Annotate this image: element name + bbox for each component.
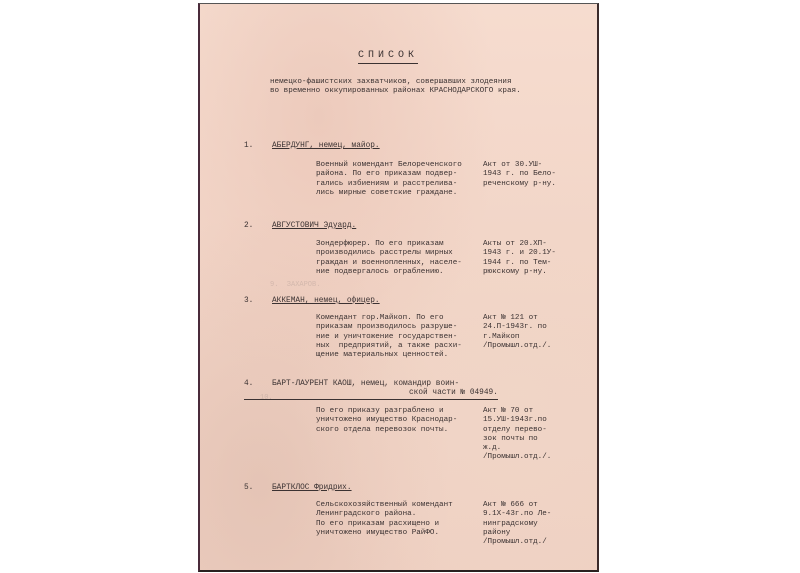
entry-act-reference: Акт № 70 от 15.УШ-1943г.по отделу перево… <box>483 407 551 463</box>
entry-heading: 1.АБЕРДУНГ, немец, майор. <box>244 142 380 151</box>
entry-number: 1. <box>244 142 272 151</box>
entry-name-block: 4.БАРТ-ЛАУРЕНТ КАОШ, немец, командир вои… <box>244 380 498 400</box>
entry-name: АККЕМАН, немец, офицер. <box>272 297 380 305</box>
document-title: СПИСОК <box>358 50 418 64</box>
entry-heading: 4.БАРТ-ЛАУРЕНТ КАОШ, немец, командир вои… <box>244 380 498 400</box>
entry-name: АВГУСТОВИЧ Эдуард. <box>272 222 356 230</box>
entry-name-continuation: ской части № 04949. <box>272 389 498 397</box>
entry-description: По его приказу разграблено и уничтожено … <box>316 407 457 435</box>
entry-number: 4. <box>244 380 272 389</box>
entry-act-reference: Акт № 666 от 9.1Х-43г.по Ле- нинградском… <box>483 501 551 547</box>
entry-name: БАРТ-ЛАУРЕНТ КАОШ, немец, командир воин- <box>272 380 459 388</box>
bleed-through-text: 9. ЗАХАРОВ. <box>270 281 320 289</box>
entry-description: Сельскохозяйственный комендант Ленинград… <box>316 501 453 538</box>
document-subtitle: немецко-фашистских захватчиков, совершав… <box>270 78 521 96</box>
viewport: 9. ЗАХАРОВ. 10. СПИСОК немецко-фашистски… <box>0 0 800 573</box>
entry-description: Зондерфюрер. По его приказам производили… <box>316 240 462 277</box>
entry-act-reference: Акты от 20.ХП- 1943 г. и 20.1У- 1944 г. … <box>483 240 556 277</box>
entry-number: 5. <box>244 484 272 493</box>
document-page: 9. ЗАХАРОВ. 10. СПИСОК немецко-фашистски… <box>198 3 599 572</box>
entry-description: Военный комендант Белореченского района.… <box>316 161 462 198</box>
entry-heading: 5.БАРТКЛОС Фридрих. <box>244 484 352 493</box>
subtitle-line: во временно оккупированных районах КРАСН… <box>270 87 521 95</box>
entry-description: Комендант гор.Майкоп. По его приказам пр… <box>316 314 462 360</box>
entry-act-reference: Акт от 30.УШ- 1943 г. по Бело- реченском… <box>483 161 556 189</box>
entry-heading: 2.АВГУСТОВИЧ Эдуард. <box>244 222 356 231</box>
entry-number: 3. <box>244 297 272 306</box>
entry-heading: 3.АККЕМАН, немец, офицер. <box>244 297 380 306</box>
entry-number: 2. <box>244 222 272 231</box>
subtitle-line: немецко-фашистских захватчиков, совершав… <box>270 78 512 86</box>
entry-name: БАРТКЛОС Фридрих. <box>272 484 352 492</box>
entry-act-reference: Акт № 121 от 24.П-1943г. по г.Майкоп /Пр… <box>483 314 551 351</box>
entry-name: АБЕРДУНГ, немец, майор. <box>272 142 380 150</box>
